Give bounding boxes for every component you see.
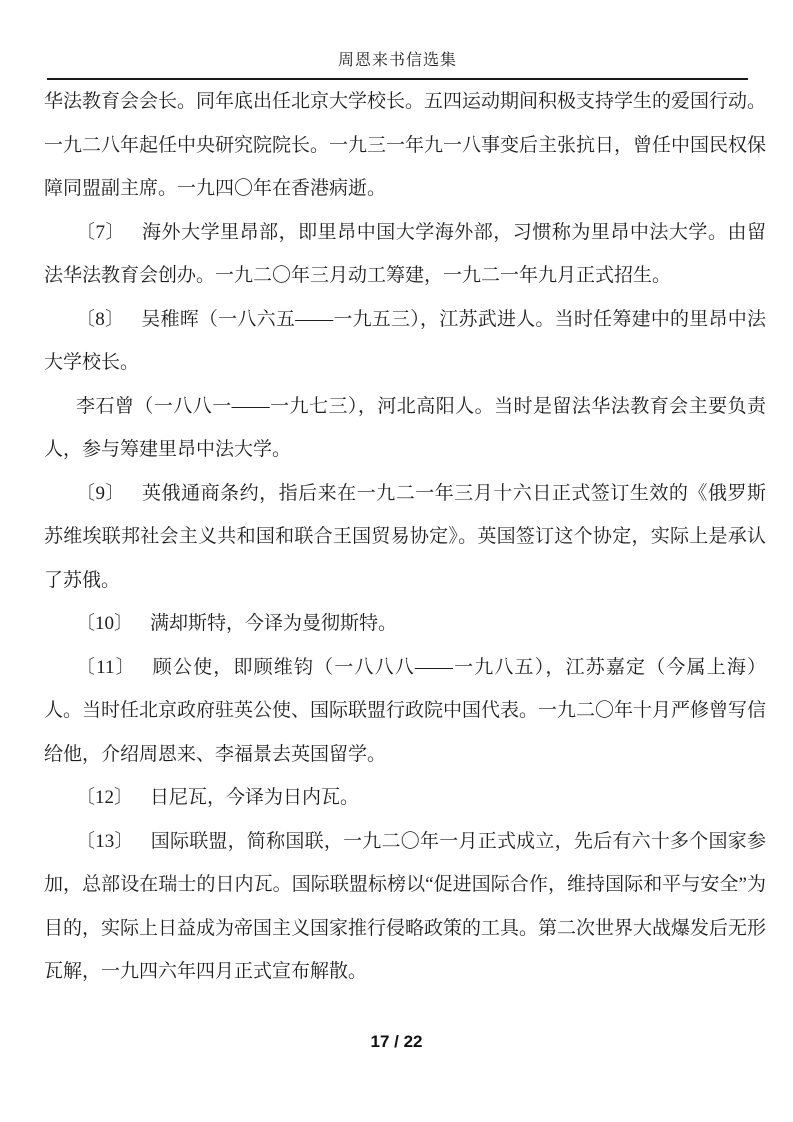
note-number: 〔10〕	[76, 613, 133, 634]
page-indicator: 17 / 22	[0, 1030, 793, 1054]
note-number: 〔13〕	[76, 831, 134, 852]
paragraph-footnote-13: 〔13〕国际联盟，简称国联，一九二〇年一月正式成立，先后有六十多个国家参加，总部…	[44, 820, 766, 994]
paragraph-footnote-8: 〔8〕吴稚晖（一八六五——一九五三），江苏武进人。当时任筹建中的里昂中法大学校长…	[44, 298, 766, 385]
paragraph: 华法教育会会长。同年底出任北京大学校长。五四运动期间积极支持学生的爱国行动。一九…	[44, 80, 766, 211]
paragraph-footnote-12: 〔12〕日尼瓦，今译为日内瓦。	[44, 776, 766, 820]
paragraph-text: 吴稚晖（一八六五——一九五三），江苏武进人。当时任筹建中的里昂中法大学校长。	[44, 309, 766, 374]
paragraph-text: 国际联盟，简称国联，一九二〇年一月正式成立，先后有六十多个国家参加，总部设在瑞士…	[44, 831, 766, 983]
page-header: 周恩来书信选集	[47, 50, 748, 80]
paragraph: 李石曾（一八八一——一九七三），河北高阳人。当时是留法华法教育会主要负责人，参与…	[44, 385, 766, 472]
paragraph-footnote-11: 〔11〕顾公使，即顾维钧（一八八八——一九八五），江苏嘉定（今属上海）人。当时任…	[44, 646, 766, 777]
paragraph-text: 日尼瓦，今译为日内瓦。	[150, 787, 359, 808]
paragraph-text: 李石曾（一八八一——一九七三），河北高阳人。当时是留法华法教育会主要负责人，参与…	[44, 396, 766, 461]
paragraph-text: 顾公使，即顾维钧（一八八八——一九八五），江苏嘉定（今属上海）人。当时任北京政府…	[44, 657, 766, 765]
running-title: 周恩来书信选集	[47, 50, 748, 72]
note-number: 〔11〕	[76, 657, 136, 678]
note-number: 〔9〕	[76, 483, 125, 504]
page-footer: 17 / 22	[0, 1030, 793, 1054]
paragraph-text: 满却斯特，今译为曼彻斯特。	[150, 613, 397, 634]
book-page: 周恩来书信选集 华法教育会会长。同年底出任北京大学校长。五四运动期间积极支持学生…	[0, 0, 793, 1122]
paragraph-text: 海外大学里昂部，即里昂中国大学海外部，习惯称为里昂中法大学。由留法华法教育会创办…	[44, 222, 766, 287]
paragraph-footnote-10: 〔10〕满却斯特，今译为曼彻斯特。	[44, 602, 766, 646]
paragraph-text: 英俄通商条约，指后来在一九二一年三月十六日正式签订生效的《俄罗斯苏维埃联邦社会主…	[44, 483, 766, 591]
page-body: 华法教育会会长。同年底出任北京大学校长。五四运动期间积极支持学生的爱国行动。一九…	[44, 80, 766, 994]
paragraph-footnote-7: 〔7〕海外大学里昂部，即里昂中国大学海外部，习惯称为里昂中法大学。由留法华法教育…	[44, 211, 766, 298]
paragraph-text: 华法教育会会长。同年底出任北京大学校长。五四运动期间积极支持学生的爱国行动。一九…	[44, 91, 766, 199]
note-number: 〔8〕	[76, 309, 124, 330]
note-number: 〔7〕	[76, 222, 125, 243]
note-number: 〔12〕	[76, 787, 133, 808]
paragraph-footnote-9: 〔9〕英俄通商条约，指后来在一九二一年三月十六日正式签订生效的《俄罗斯苏维埃联邦…	[44, 472, 766, 603]
